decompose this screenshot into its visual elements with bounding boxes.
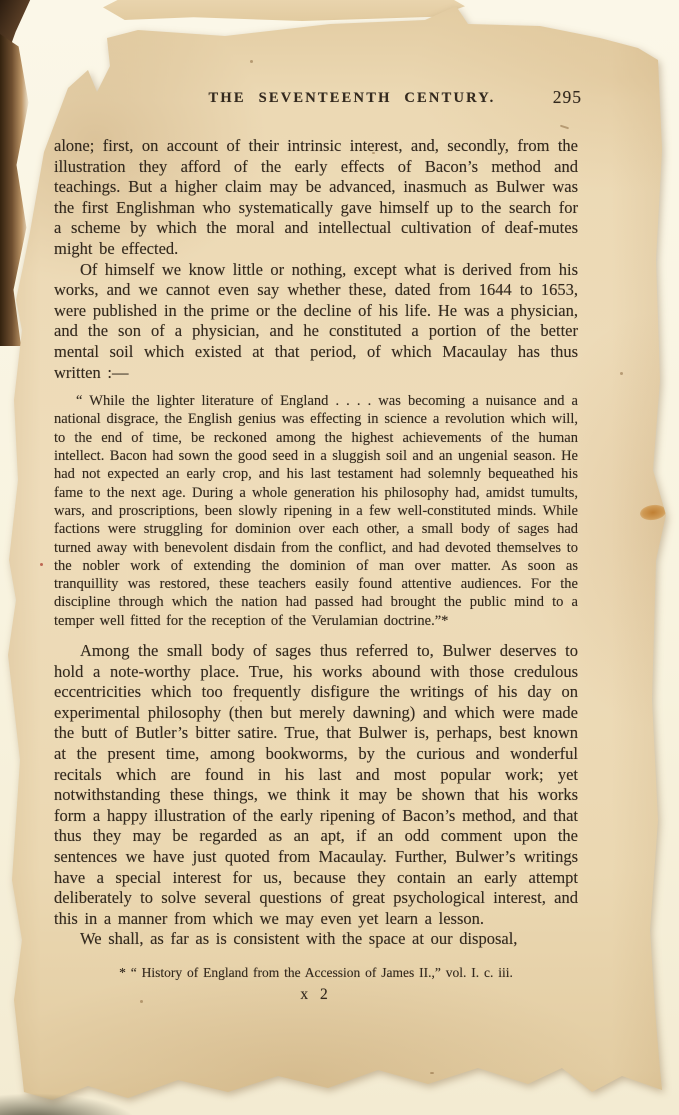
body-text: alone; first, on account of their intrin… — [54, 136, 578, 950]
body-paragraph: Among the small body of sages thus refer… — [54, 641, 578, 929]
book-page-scan: THE SEVENTEENTH CENTURY. 295 alone; firs… — [0, 0, 679, 1115]
age-speck — [620, 372, 623, 375]
signature-mark: x 2 — [54, 986, 578, 1004]
age-speck — [372, 152, 375, 154]
age-speck — [40, 563, 43, 566]
footnote: * “ History of England from the Accessio… — [54, 965, 578, 981]
page-sheet-wrapper: THE SEVENTEENTH CENTURY. 295 alone; firs… — [0, 0, 679, 1115]
page-sheet: THE SEVENTEENTH CENTURY. 295 alone; firs… — [0, 0, 679, 1115]
age-speck — [250, 60, 253, 63]
running-header-title: THE SEVENTEENTH CENTURY. — [209, 90, 496, 107]
age-speck — [92, 348, 94, 350]
age-speck — [470, 668, 473, 670]
body-paragraph: Of himself we know little or nothing, ex… — [54, 260, 578, 384]
running-header: THE SEVENTEENTH CENTURY. 295 — [54, 90, 578, 114]
body-paragraph: We shall, as far as is consistent with t… — [54, 929, 578, 950]
age-speck — [430, 1072, 434, 1074]
foxing-spot — [658, 688, 674, 706]
page-number: 295 — [553, 87, 582, 108]
page-content: THE SEVENTEENTH CENTURY. 295 alone; firs… — [54, 90, 578, 1004]
age-speck — [240, 700, 242, 702]
body-paragraph: alone; first, on account of their intrin… — [54, 136, 578, 260]
age-speck — [140, 1000, 143, 1003]
page-stack-shadow-bottom-left — [0, 1093, 138, 1115]
block-quote: “ While the lighter literature of Englan… — [54, 392, 578, 630]
foxing-spot — [639, 503, 667, 521]
